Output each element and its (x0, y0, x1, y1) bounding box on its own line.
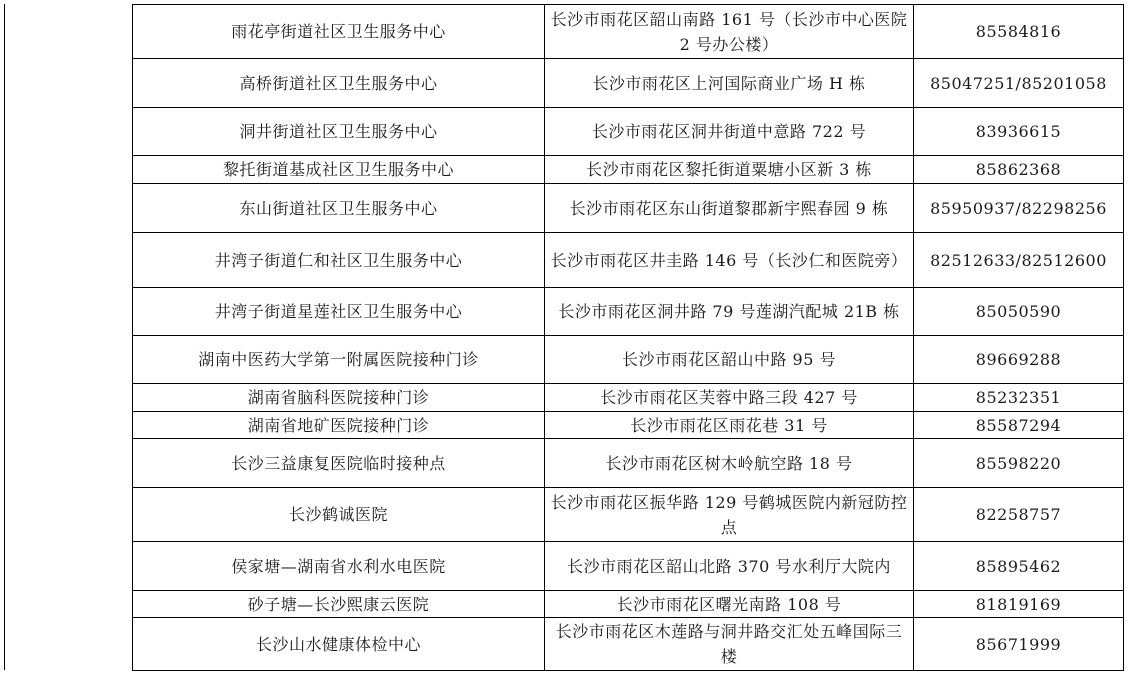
address-cell: 长沙市雨花区曙光南路 108 号 (545, 591, 914, 618)
site-name: 井湾子街道星莲社区卫生服务中心 (215, 302, 463, 321)
phone-cell: 81819169 (914, 591, 1124, 618)
site-phone: 85950937/82298256 (930, 199, 1107, 218)
site-address: 长沙市雨花区树木岭航空路 18 号 (605, 454, 852, 473)
site-address: 长沙市雨花区韶山南路 161 号（长沙市中心医院 2 号办公楼） (551, 10, 908, 54)
phone-cell: 82512633/82512600 (914, 233, 1124, 288)
address-cell: 长沙市雨花区芙蓉中路三段 427 号 (545, 384, 914, 412)
address-cell: 长沙市雨花区树木岭航空路 18 号 (545, 439, 914, 488)
site-address: 长沙市雨花区黎托街道粟塘小区新 3 栋 (586, 160, 872, 179)
site-phone: 85047251/85201058 (930, 74, 1107, 93)
table-row: 侯家塘—湖南省水利水电医院 长沙市雨花区韶山北路 370 号水利厅大院内 858… (133, 542, 1124, 591)
table-row: 井湾子街道星莲社区卫生服务中心 长沙市雨花区洞井路 79 号莲湖汽配城 21B … (133, 288, 1124, 336)
site-name: 侯家塘—湖南省水利水电医院 (231, 557, 446, 576)
phone-cell: 85950937/82298256 (914, 184, 1124, 233)
site-name-cell: 侯家塘—湖南省水利水电医院 (133, 542, 545, 591)
site-name-cell: 长沙鹤诚医院 (133, 488, 545, 542)
site-address: 长沙市雨花区雨花巷 31 号 (630, 416, 828, 435)
site-name-cell: 高桥街道社区卫生服务中心 (133, 59, 545, 108)
site-address: 长沙市雨花区韶山北路 370 号水利厅大院内 (567, 557, 891, 576)
site-name: 湖南省地矿医院接种门诊 (248, 416, 430, 435)
site-name: 砂子塘—长沙熙康云医院 (248, 595, 430, 614)
vaccination-sites-table: 雨花亭街道社区卫生服务中心 长沙市雨花区韶山南路 161 号（长沙市中心医院 2… (132, 4, 1124, 671)
site-name: 东山街道社区卫生服务中心 (239, 199, 437, 218)
site-phone: 82512633/82512600 (930, 251, 1107, 270)
site-name-cell: 井湾子街道星莲社区卫生服务中心 (133, 288, 545, 336)
site-name-cell: 长沙三益康复医院临时接种点 (133, 439, 545, 488)
site-phone: 81819169 (976, 595, 1061, 614)
site-address: 长沙市雨花区木莲路与洞井路交汇处五峰国际三楼 (556, 622, 903, 666)
table-row: 东山街道社区卫生服务中心 长沙市雨花区东山街道黎郡新宇熙春园 9 栋 85950… (133, 184, 1124, 233)
site-address: 长沙市雨花区东山街道黎郡新宇熙春园 9 栋 (570, 199, 889, 218)
address-cell: 长沙市雨花区韶山北路 370 号水利厅大院内 (545, 542, 914, 591)
table-row: 长沙鹤诚医院 长沙市雨花区振华路 129 号鹤城医院内新冠防控点 8225875… (133, 488, 1124, 542)
site-name-cell: 湖南中医药大学第一附属医院接种门诊 (133, 336, 545, 384)
phone-cell: 85047251/85201058 (914, 59, 1124, 108)
site-name: 湖南中医药大学第一附属医院接种门诊 (198, 350, 479, 369)
address-cell: 长沙市雨花区韶山中路 95 号 (545, 336, 914, 384)
site-name-cell: 东山街道社区卫生服务中心 (133, 184, 545, 233)
address-cell: 长沙市雨花区上河国际商业广场 H 栋 (545, 59, 914, 108)
phone-cell: 85671999 (914, 618, 1124, 671)
site-address: 长沙市雨花区振华路 129 号鹤城医院内新冠防控点 (551, 493, 908, 537)
site-phone: 85862368 (976, 160, 1061, 179)
site-name: 井湾子街道仁和社区卫生服务中心 (215, 251, 463, 270)
table-row: 井湾子街道仁和社区卫生服务中心 长沙市雨花区井圭路 146 号（长沙仁和医院旁）… (133, 233, 1124, 288)
site-phone: 85050590 (976, 302, 1061, 321)
table-row: 雨花亭街道社区卫生服务中心 长沙市雨花区韶山南路 161 号（长沙市中心医院 2… (133, 5, 1124, 59)
phone-cell: 85598220 (914, 439, 1124, 488)
site-name-cell: 洞井街道社区卫生服务中心 (133, 108, 545, 156)
address-cell: 长沙市雨花区井圭路 146 号（长沙仁和医院旁） (545, 233, 914, 288)
phone-cell: 85587294 (914, 412, 1124, 439)
site-name: 洞井街道社区卫生服务中心 (239, 122, 437, 141)
address-cell: 长沙市雨花区雨花巷 31 号 (545, 412, 914, 439)
site-address: 长沙市雨花区洞井路 79 号莲湖汽配城 21B 栋 (558, 302, 899, 321)
address-cell: 长沙市雨花区振华路 129 号鹤城医院内新冠防控点 (545, 488, 914, 542)
site-phone: 85671999 (976, 635, 1061, 654)
site-name: 黎托街道基成社区卫生服务中心 (223, 160, 454, 179)
site-address: 长沙市雨花区芙蓉中路三段 427 号 (600, 388, 858, 407)
site-phone: 89669288 (976, 350, 1061, 369)
site-name-cell: 砂子塘—长沙熙康云医院 (133, 591, 545, 618)
address-cell: 长沙市雨花区木莲路与洞井路交汇处五峰国际三楼 (545, 618, 914, 671)
address-cell: 长沙市雨花区东山街道黎郡新宇熙春园 9 栋 (545, 184, 914, 233)
site-address: 长沙市雨花区洞井街道中意路 722 号 (592, 122, 866, 141)
phone-cell: 82258757 (914, 488, 1124, 542)
site-phone: 85895462 (976, 557, 1061, 576)
site-name: 长沙鹤诚医院 (289, 505, 388, 524)
address-cell: 长沙市雨花区黎托街道粟塘小区新 3 栋 (545, 156, 914, 184)
table-row: 长沙三益康复医院临时接种点 长沙市雨花区树木岭航空路 18 号 85598220 (133, 439, 1124, 488)
phone-cell: 89669288 (914, 336, 1124, 384)
address-cell: 长沙市雨花区洞井街道中意路 722 号 (545, 108, 914, 156)
site-name-cell: 湖南省地矿医院接种门诊 (133, 412, 545, 439)
table-row: 高桥街道社区卫生服务中心 长沙市雨花区上河国际商业广场 H 栋 85047251… (133, 59, 1124, 108)
site-name-cell: 长沙山水健康体检中心 (133, 618, 545, 671)
site-name: 湖南省脑科医院接种门诊 (248, 388, 430, 407)
phone-cell: 83936615 (914, 108, 1124, 156)
table-row: 湖南省脑科医院接种门诊 长沙市雨花区芙蓉中路三段 427 号 85232351 (133, 384, 1124, 412)
site-address: 长沙市雨花区曙光南路 108 号 (617, 595, 842, 614)
phone-cell: 85050590 (914, 288, 1124, 336)
address-cell: 长沙市雨花区韶山南路 161 号（长沙市中心医院 2 号办公楼） (545, 5, 914, 59)
site-phone: 85598220 (976, 454, 1061, 473)
site-address: 长沙市雨花区井圭路 146 号（长沙仁和医院旁） (551, 251, 908, 270)
table-row: 砂子塘—长沙熙康云医院 长沙市雨花区曙光南路 108 号 81819169 (133, 591, 1124, 618)
page-left-border (4, 4, 5, 670)
site-name: 雨花亭街道社区卫生服务中心 (231, 22, 446, 41)
table-row: 湖南中医药大学第一附属医院接种门诊 长沙市雨花区韶山中路 95 号 896692… (133, 336, 1124, 384)
site-name-cell: 湖南省脑科医院接种门诊 (133, 384, 545, 412)
site-phone: 83936615 (976, 122, 1061, 141)
site-name-cell: 雨花亭街道社区卫生服务中心 (133, 5, 545, 59)
site-name: 高桥街道社区卫生服务中心 (239, 74, 437, 93)
table-row: 洞井街道社区卫生服务中心 长沙市雨花区洞井街道中意路 722 号 8393661… (133, 108, 1124, 156)
site-address: 长沙市雨花区韶山中路 95 号 (622, 350, 836, 369)
site-phone: 85584816 (976, 22, 1061, 41)
site-name-cell: 井湾子街道仁和社区卫生服务中心 (133, 233, 545, 288)
phone-cell: 85862368 (914, 156, 1124, 184)
phone-cell: 85895462 (914, 542, 1124, 591)
phone-cell: 85232351 (914, 384, 1124, 412)
site-name-cell: 黎托街道基成社区卫生服务中心 (133, 156, 545, 184)
site-phone: 85232351 (976, 388, 1061, 407)
site-address: 长沙市雨花区上河国际商业广场 H 栋 (592, 74, 865, 93)
site-phone: 82258757 (976, 505, 1061, 524)
site-phone: 85587294 (976, 416, 1061, 435)
site-name: 长沙三益康复医院临时接种点 (231, 454, 446, 473)
table-row: 黎托街道基成社区卫生服务中心 长沙市雨花区黎托街道粟塘小区新 3 栋 85862… (133, 156, 1124, 184)
address-cell: 长沙市雨花区洞井路 79 号莲湖汽配城 21B 栋 (545, 288, 914, 336)
table-row: 湖南省地矿医院接种门诊 长沙市雨花区雨花巷 31 号 85587294 (133, 412, 1124, 439)
site-name: 长沙山水健康体检中心 (256, 635, 421, 654)
phone-cell: 85584816 (914, 5, 1124, 59)
table-row: 长沙山水健康体检中心 长沙市雨花区木莲路与洞井路交汇处五峰国际三楼 856719… (133, 618, 1124, 671)
